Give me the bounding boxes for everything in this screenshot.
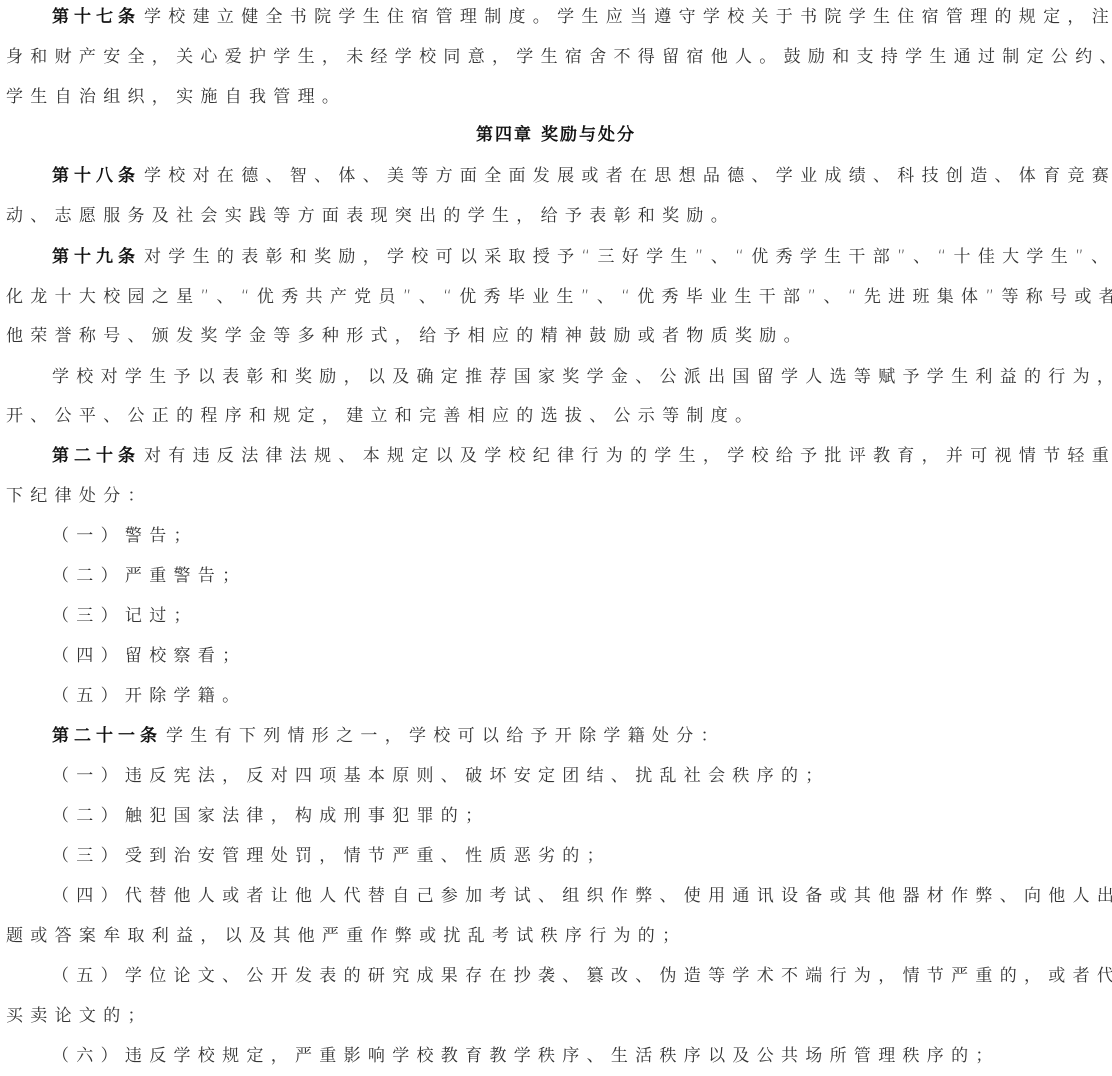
list-item: （二）触犯国家法律，构成刑事犯罪的；	[52, 796, 489, 836]
article-number: 第十九条	[52, 247, 140, 267]
article-18-line-2: 动、志愿服务及社会实践等方面表现突出的学生，给予表彰和奖励。	[6, 196, 735, 236]
article-number: 第二十一条	[52, 726, 162, 746]
list-item: （五）开除学籍。	[52, 676, 246, 716]
list-item: （六）违反学校规定，严重影响学校教育教学秩序、生活秩序以及公共场所管理秩序的；	[52, 1036, 1000, 1076]
article-19-line-3: 他荣誉称号、颁发奖学金等多种形式，给予相应的精神鼓励或者物质奖励。	[6, 316, 808, 356]
article-19-para2-line-2: 开、公平、公正的程序和规定，建立和完善相应的选拔、公示等制度。	[6, 396, 759, 436]
article-17-line-2: 身和财产安全，关心爱护学生，未经学校同意，学生宿舍不得留宿他人。鼓励和支持学生通…	[6, 37, 1112, 77]
article-20-line-2: 下纪律处分：	[6, 476, 152, 516]
list-item-continuation: 买卖论文的；	[6, 996, 152, 1036]
article-19-line-2: 化龙十大校园之星”、“优秀共产党员”、“优秀毕业生”、“优秀毕业生干部”、“先进…	[6, 277, 1112, 317]
list-item: （三）受到治安管理处罚，情节严重、性质恶劣的；	[52, 836, 611, 876]
list-item: （一）警告；	[52, 516, 198, 556]
article-number: 第十七条	[52, 7, 140, 27]
list-item: （四）代替他人或者让他人代替自己参加考试、组织作弊、使用通讯设备或其他器材作弊、…	[52, 876, 1112, 916]
list-item: （三）记过；	[52, 596, 198, 636]
article-number: 第二十条	[52, 446, 140, 466]
article-17-line-3: 学生自治组织，实施自我管理。	[6, 77, 346, 117]
article-18-line-1: 第十八条学校对在德、智、体、美等方面全面发展或者在思想品德、学业成绩、科技创造、…	[52, 156, 1112, 196]
article-number: 第十八条	[52, 166, 140, 186]
article-17-line-1: 第十七条学校建立健全书院学生住宿管理制度。学生应当遵守学校关于书院学生住宿管理的…	[52, 0, 1112, 37]
article-19-para2-line-1: 学校对学生予以表彰和奖励，以及确定推荐国家奖学金、公派出国留学人选等赋予学生利益…	[52, 357, 1112, 397]
list-item: （一）违反宪法，反对四项基本原则、破坏安定团结、扰乱社会秩序的；	[52, 756, 830, 796]
article-19-line-1: 第十九条对学生的表彰和奖励，学校可以采取授予“三好学生”、“优秀学生干部”、“十…	[52, 237, 1112, 277]
list-item: （四）留校察看；	[52, 636, 246, 676]
article-20-line-1: 第二十条对有违反法律法规、本规定以及学校纪律行为的学生，学校给予批评教育，并可视…	[52, 436, 1112, 476]
article-21-line-1: 第二十一条学生有下列情形之一，学校可以给予开除学籍处分：	[52, 716, 725, 756]
list-item: （二）严重警告；	[52, 556, 246, 596]
list-item-continuation: 题或答案牟取利益，以及其他严重作弊或扰乱考试秩序行为的；	[6, 916, 686, 956]
list-item: （五）学位论文、公开发表的研究成果存在抄袭、篡改、伪造等学术不端行为，情节严重的…	[52, 956, 1112, 996]
chapter-heading: 第四章 奖励与处分	[0, 115, 1112, 155]
